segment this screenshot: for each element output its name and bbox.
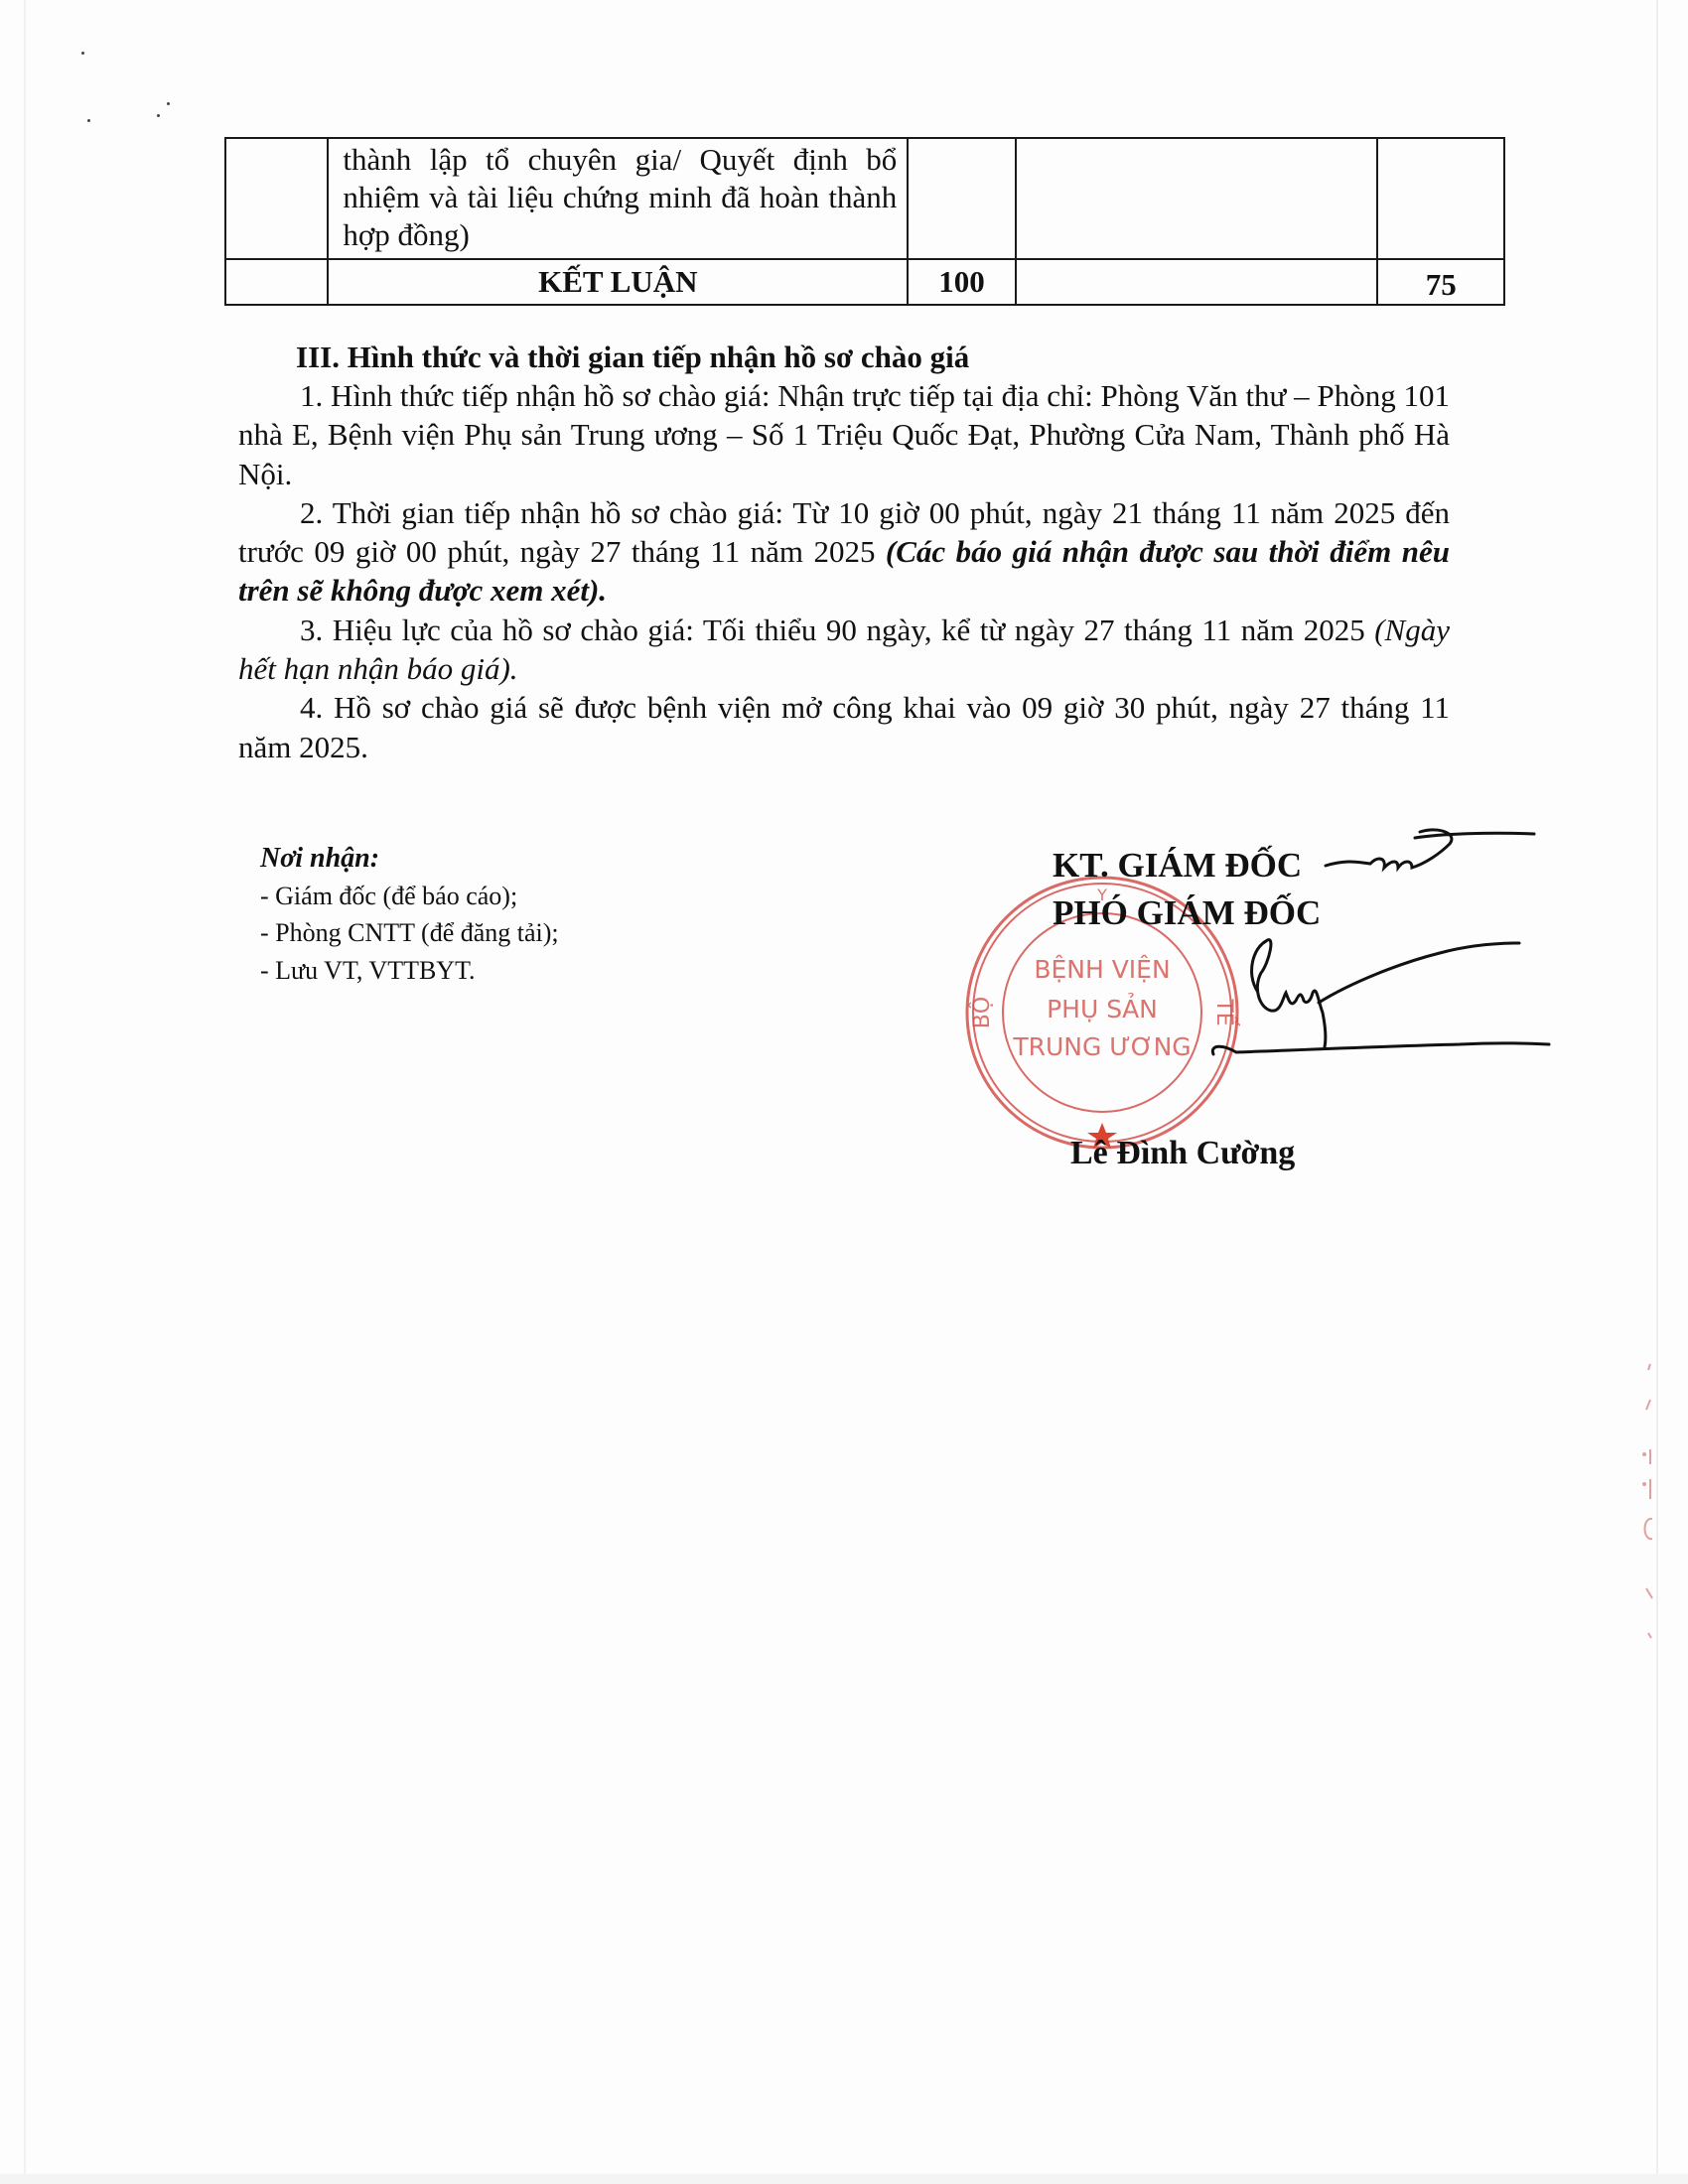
item-text: 1. Hình thức tiếp nhận hồ sơ chào giá: N…	[238, 378, 1450, 491]
total-score: 75	[1377, 259, 1504, 305]
section-item-2: 2. Thời gian tiếp nhận hồ sơ chào giá: T…	[238, 493, 1450, 611]
signer-name: Lê Đình Cường	[1070, 1130, 1295, 1177]
handwritten-signature	[1142, 814, 1559, 1112]
recipient-item: - Lưu VT, VTTBYT.	[260, 952, 559, 990]
total-label: KẾT LUẬN	[328, 259, 908, 305]
section-item-1: 1. Hình thức tiếp nhận hồ sơ chào giá: N…	[238, 376, 1450, 493]
cell-index	[225, 138, 328, 259]
scan-speck	[157, 114, 160, 117]
cell-index	[225, 259, 328, 305]
scan-artifacts	[1638, 1350, 1668, 1648]
cell-note	[1016, 138, 1378, 259]
scan-speck	[87, 119, 90, 122]
cell-max-score	[908, 138, 1015, 259]
section-heading: III. Hình thức và thời gian tiếp nhận hồ…	[296, 338, 1450, 376]
scan-edge-bottom	[0, 2174, 1688, 2184]
recipients-block: Nơi nhận: - Giám đốc (để báo cáo); - Phò…	[260, 840, 559, 989]
scan-speck	[167, 102, 170, 105]
recipients-title: Nơi nhận:	[260, 840, 559, 878]
recipient-item: - Phòng CNTT (để đăng tải);	[260, 914, 559, 952]
evaluation-table: thành lập tổ chuyên gia/ Quyết định bổ n…	[224, 137, 1505, 306]
section-submission: III. Hình thức và thời gian tiếp nhận hồ…	[238, 338, 1450, 766]
table-total-row: KẾT LUẬN 100 75	[225, 259, 1504, 305]
recipient-item: - Giám đốc (để báo cáo);	[260, 878, 559, 915]
stamp-left-text: BỘ	[969, 997, 995, 1028]
total-max-score: 100	[908, 259, 1015, 305]
section-item-3: 3. Hiệu lực của hồ sơ chào giá: Tối thiể…	[238, 611, 1450, 689]
cell-note	[1016, 259, 1378, 305]
item-text: 3. Hiệu lực của hồ sơ chào giá: Tối thiể…	[300, 613, 1374, 647]
table-row: thành lập tổ chuyên gia/ Quyết định bổ n…	[225, 138, 1504, 259]
item-text: 4. Hồ sơ chào giá sẽ được bệnh viện mở c…	[238, 690, 1450, 763]
cell-score	[1377, 138, 1504, 259]
cell-criterion: thành lập tổ chuyên gia/ Quyết định bổ n…	[328, 138, 908, 259]
scan-edge-right	[1656, 0, 1658, 2184]
section-item-4: 4. Hồ sơ chào giá sẽ được bệnh viện mở c…	[238, 688, 1450, 766]
scan-edge-left	[24, 0, 26, 2184]
scan-speck	[81, 52, 84, 55]
